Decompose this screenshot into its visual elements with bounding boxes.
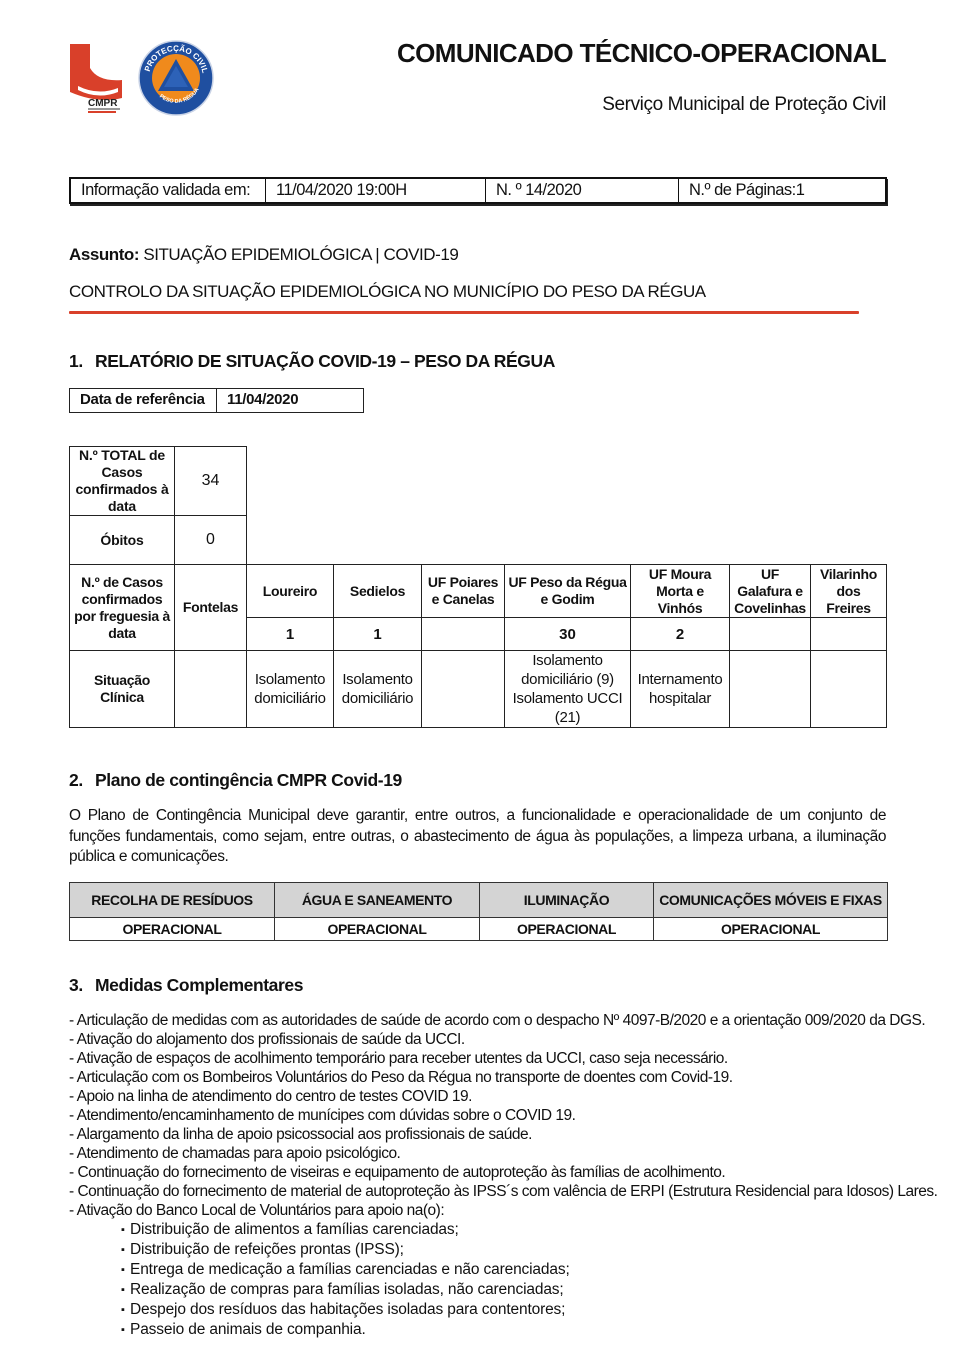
subject-line2: CONTROLO DA SITUAÇÃO EPIDEMIOLÓGICA NO M… [69,282,706,302]
parish-name: UF Moura Morta e Vinhós [631,565,730,618]
parish-situation: Isolamento domiciliário [334,651,422,728]
parish-name: Fontelas [175,565,247,651]
section3-number: 3. [69,975,95,996]
info-bar: Informação validada em: 11/04/2020 19:00… [69,177,887,204]
validated-value: 11/04/2020 19:00H [266,179,486,202]
service-status: OPERACIONAL [654,918,888,941]
document-number: N. º 14/2020 [486,179,679,202]
parish-situation [422,651,505,728]
parish-table: N.º de Casos confirmados por freguesia à… [69,564,887,728]
parish-name: Loureiro [247,565,334,618]
volunteer-support-item: Passeio de animais de companhia. [121,1320,899,1340]
volunteer-support-item: Distribuição de refeições prontas (IPSS)… [121,1240,899,1260]
parish-cases [730,618,811,651]
measure-item: - Articulação com os Bombeiros Voluntári… [69,1068,899,1087]
red-divider [69,311,859,314]
subject-label: Assunto: [69,245,139,264]
parish-name: UF Peso da Régua e Godim [505,565,631,618]
subject: Assunto: SITUAÇÃO EPIDEMIOLÓGICA | COVID… [69,245,458,265]
parish-situation [730,651,811,728]
situation-row-label: Situação Clínica [70,651,175,728]
document-title: COMUNICADO TÉCNICO-OPERACIONAL [397,38,886,69]
subject-value: SITUAÇÃO EPIDEMIOLÓGICA | COVID-19 [139,245,458,264]
parish-cases [422,618,505,651]
svg-text:CMPR: CMPR [88,98,118,109]
document-subtitle: Serviço Municipal de Proteção Civil [602,94,886,116]
section3-title: Medidas Complementares [95,975,303,995]
parish-name: Vilarinho dos Freires [811,565,887,618]
volunteer-support-list: Distribuição de alimentos a famílias car… [69,1220,899,1340]
service-status: OPERACIONAL [70,918,275,941]
parish-cases: 30 [505,618,631,651]
parish-situation [175,651,247,728]
service-name: RECOLHA DE RESÍDUOS [70,883,275,918]
service-status: OPERACIONAL [480,918,654,941]
section2-number: 2. [69,770,95,791]
parish-situation: Internamento hospitalar [631,651,730,728]
total-cases-label: N.º TOTAL de Casos confirmados à data [70,447,175,516]
measure-item: - Articulação de medidas com as autorida… [69,1011,899,1030]
cmpr-logo: CMPR [68,42,126,114]
section2-title: Plano de contingência CMPR Covid-19 [95,770,402,790]
measure-item: - Ativação de espaços de acolhimento tem… [69,1049,899,1068]
service-name: ÁGUA E SANEAMENTO [275,883,480,918]
measure-item: - Atendimento de chamadas para apoio psi… [69,1144,899,1163]
volunteer-support-item: Despejo dos resíduos das habitações isol… [121,1300,899,1320]
parish-situation [811,651,887,728]
parish-name: UF Poiares e Canelas [422,565,505,618]
parish-cases: 1 [334,618,422,651]
validated-label: Informação validada em: [71,179,266,202]
measure-item: - Ativação do Banco Local de Voluntários… [69,1201,899,1220]
volunteer-support-item: Realização de compras para famílias isol… [121,1280,899,1300]
totals-table: N.º TOTAL de Casos confirmados à data 34… [69,446,247,565]
measure-item: - Continuação do fornecimento de viseira… [69,1163,899,1182]
reference-date-value: 11/04/2020 [217,389,298,412]
deaths-label: Óbitos [70,516,175,565]
measure-item: - Alargamento da linha de apoio psicosso… [69,1125,899,1144]
parish-name: UF Galafura e Covelinhas [730,565,811,618]
section1-number: 1. [69,351,95,372]
service-status: OPERACIONAL [275,918,480,941]
measure-item: - Continuação do fornecimento de materia… [69,1182,899,1201]
parish-situation: Isolamento domiciliário [247,651,334,728]
parish-cases: 1 [247,618,334,651]
parish-situation: Isolamento domiciliário (9) Isolamento U… [505,651,631,728]
deaths-value: 0 [175,516,247,565]
service-name: COMUNICAÇÕES MÓVEIS E FIXAS [654,883,888,918]
reference-date-box: Data de referência 11/04/2020 [69,388,364,413]
section3-heading: 3.Medidas Complementares [69,975,303,996]
service-name: ILUMINAÇÃO [480,883,654,918]
measure-item: - Ativação do alojamento dos profissiona… [69,1030,899,1049]
cases-row-label: N.º de Casos confirmados por freguesia à… [70,565,175,651]
protecao-civil-logo: PROTECÇÃO CIVIL PESO DA RÉGUA [137,39,215,117]
contingency-paragraph: O Plano de Contingência Municipal deve g… [69,806,886,868]
parish-cases [811,618,887,651]
measures-list: - Articulação de medidas com as autorida… [69,1011,899,1340]
measure-item: - Atendimento/encaminhamento de munícipe… [69,1106,899,1125]
page-count: N.º de Páginas:1 [679,179,885,202]
section1-title: RELATÓRIO DE SITUAÇÃO COVID-19 – PESO DA… [95,351,555,371]
volunteer-support-item: Entrega de medicação a famílias carencia… [121,1260,899,1280]
total-cases-value: 34 [175,447,247,516]
section1-heading: 1.RELATÓRIO DE SITUAÇÃO COVID-19 – PESO … [69,351,555,372]
section2-heading: 2.Plano de contingência CMPR Covid-19 [69,770,402,791]
services-table: RECOLHA DE RESÍDUOS ÁGUA E SANEAMENTO IL… [69,882,888,941]
measure-item: - Apoio na linha de atendimento do centr… [69,1087,899,1106]
parish-cases: 2 [631,618,730,651]
volunteer-support-item: Distribuição de alimentos a famílias car… [121,1220,899,1240]
parish-name: Sedielos [334,565,422,618]
reference-date-label: Data de referência [70,389,217,412]
